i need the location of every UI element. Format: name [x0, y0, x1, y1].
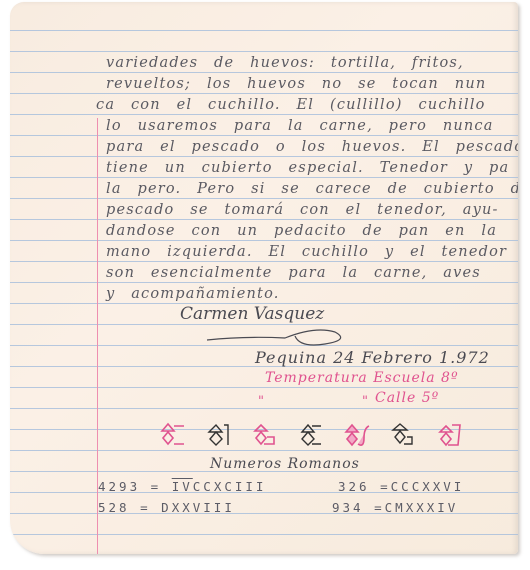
arabic-number: 4293 — [98, 479, 140, 494]
decorative-glyph-icon — [390, 422, 416, 448]
arabic-number: 326 — [338, 479, 370, 494]
ruled-line — [10, 177, 518, 178]
text-line: ca con el cuchillo. El (cullillo) cuchil… — [96, 96, 508, 114]
ruled-line — [10, 408, 518, 409]
roman-numerals-heading: Numeros Romanos — [210, 456, 360, 472]
arabic-number: 528 — [98, 500, 130, 515]
conversion-right-2: 934 =CMXXXIV — [332, 500, 458, 515]
roman-number: CCXCIII — [193, 479, 267, 494]
temperature-school: Temperatura Escuela 8º — [265, 370, 459, 386]
ruled-line — [10, 534, 518, 535]
decorative-glyph-icon — [436, 422, 462, 448]
equals-sign: = — [151, 479, 162, 494]
signature-flourish-icon — [205, 322, 355, 348]
date-line: Pequina 24 Febrero 1.972 — [255, 348, 490, 367]
notebook-page: variedades de huevos: tortilla, fritos, … — [10, 2, 518, 554]
roman-number: DXXVIII — [161, 500, 235, 515]
text-line: pescado se tomará con el tenedor, ayu- — [106, 201, 508, 219]
ditto-mark: " — [362, 394, 368, 409]
decorative-glyph-icon — [344, 422, 370, 448]
ruled-line — [10, 72, 518, 73]
ruled-line — [10, 51, 518, 52]
equals-sign: = — [374, 500, 385, 515]
roman-number: CCCXXVI — [391, 479, 465, 494]
ruled-line — [10, 261, 518, 262]
arabic-number: 934 — [332, 500, 364, 515]
text-line: dandose con un pedacito de pan en la — [106, 222, 508, 240]
ditto-mark: " — [258, 394, 264, 409]
text-line: variedades de huevos: tortilla, fritos, — [106, 54, 508, 72]
text-line: y acompañamiento. — [106, 285, 508, 303]
text-line: para el pescado o los huevos. El pescado — [106, 138, 508, 156]
decorative-glyph-icon — [252, 422, 278, 448]
ruled-line — [10, 450, 518, 451]
ruled-line — [10, 387, 518, 388]
decorative-border — [160, 422, 462, 448]
ruled-line — [10, 93, 518, 94]
equals-sign: = — [140, 500, 151, 515]
ruled-line — [10, 156, 518, 157]
text-line: revueltos; los huevos no se tocan nun — [106, 75, 508, 93]
ruled-line — [10, 282, 518, 283]
roman-number: CMXXXIV — [385, 500, 459, 515]
decorative-glyph-icon — [206, 422, 232, 448]
decorative-glyph-icon — [298, 422, 324, 448]
ruled-line — [10, 240, 518, 241]
ruled-line — [10, 135, 518, 136]
temperature-street: Calle 5º — [375, 390, 439, 406]
conversion-right-1: 326 =CCCXXVI — [338, 479, 464, 494]
decorative-glyph-icon — [160, 422, 186, 448]
signature: Carmen Vasquez — [180, 304, 324, 324]
ruled-line — [10, 30, 518, 31]
roman-overline: IV — [172, 479, 193, 494]
equals-sign: = — [380, 479, 391, 494]
conversion-left-1: 4293 = IVCCXCIII — [98, 479, 266, 494]
text-line: la pero. Pero si se carece de cubierto d… — [106, 180, 508, 198]
text-line: lo usaremos para la carne, pero nunca — [106, 117, 508, 135]
text-line: mano izquierda. El cuchillo y el tenedor — [106, 243, 508, 261]
ruled-line — [10, 114, 518, 115]
text-line: tiene un cubierto especial. Tenedor y pa — [106, 159, 508, 177]
ruled-line — [10, 219, 518, 220]
conversion-left-2: 528 = DXXVIII — [98, 500, 235, 515]
text-line: son esencialmente para la carne, aves — [106, 264, 508, 282]
ruled-line — [10, 198, 518, 199]
